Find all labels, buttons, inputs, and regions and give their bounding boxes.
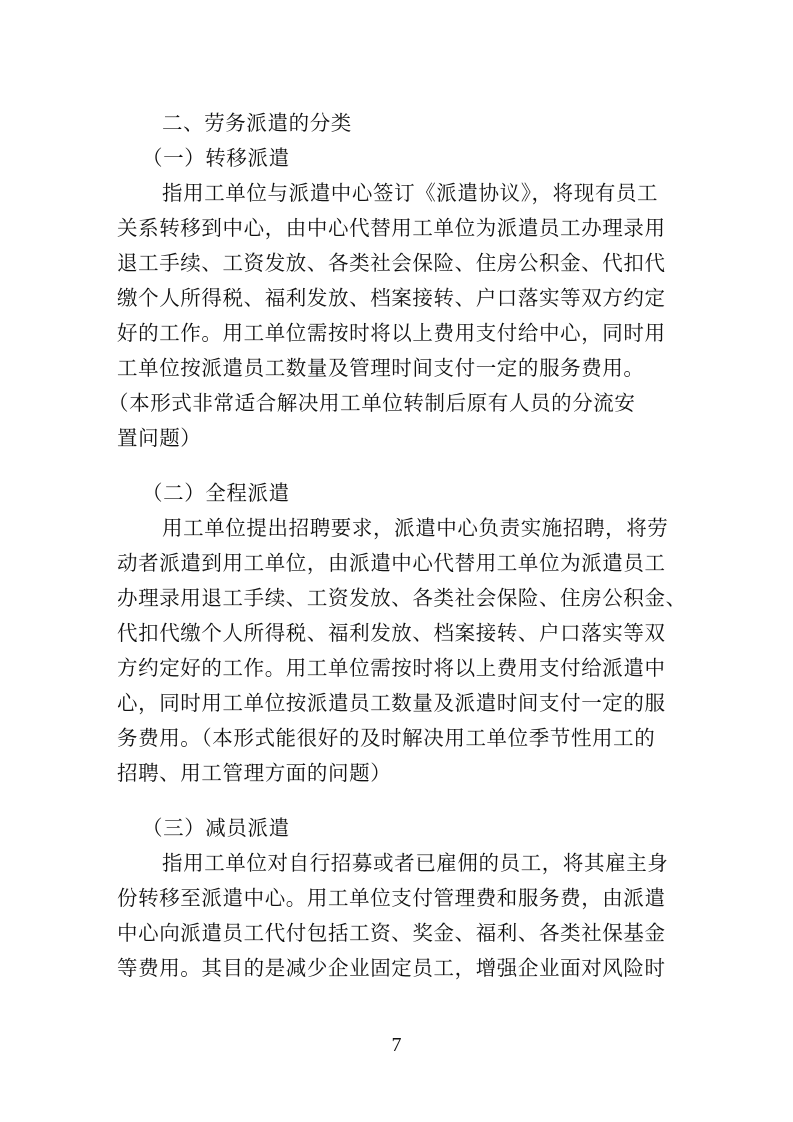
paragraph-line: 份转移至派遣中心。用工单位支付管理费和服务费，由派遣 [117, 886, 666, 910]
paragraph-line: 等费用。其目的是减少企业固定员工，增强企业面对风险时 [117, 956, 666, 980]
paragraph-line: 置问题） [117, 426, 201, 450]
paragraph-line: 代扣代缴个人所得税、福利发放、档案接转、户口落实等双 [117, 621, 666, 645]
paragraph-line: 退工手续、工资发放、各类社会保险、住房公积金、代扣代 [117, 251, 666, 275]
paragraph-line: 务费用。（本形式能很好的及时解决用工单位季节性用工的 [117, 726, 655, 750]
subsection-title: （二）全程派遣 [142, 481, 290, 505]
paragraph-line: 动者派遣到用工单位，由派遣中心代替用工单位为派遣员工 [117, 551, 666, 575]
paragraph-line: 缴个人所得税、福利发放、档案接转、户口落实等双方约定 [117, 286, 666, 310]
section-heading: 二、劳务派遣的分类 [162, 111, 352, 135]
paragraph-line: 关系转移到中心，由中心代替用工单位为派遣员工办理录用 [117, 216, 666, 240]
paragraph-line: 心，同时用工单位按派遣员工数量及派遣时间支付一定的服 [117, 691, 666, 715]
paragraph-line: 指用工单位对自行招募或者已雇佣的员工，将其雇主身 [162, 851, 668, 875]
paragraph-line: 招聘、用工管理方面的问题） [117, 761, 391, 785]
subsection-title: （三）减员派遣 [142, 816, 290, 840]
paragraph-line: 用工单位提出招聘要求，派遣中心负责实施招聘，将劳 [162, 516, 668, 540]
paragraph-line: （本形式非常适合解决用工单位转制后原有人员的分流安 [108, 391, 636, 415]
paragraph-line: 方约定好的工作。用工单位需按时将以上费用支付给派遣中 [117, 656, 666, 680]
paragraph-line: 好的工作。用工单位需按时将以上费用支付给中心，同时用 [117, 321, 666, 345]
paragraph-line: 中心向派遣员工代付包括工资、奖金、福利、各类社保基金 [117, 921, 666, 945]
paragraph-line: 办理录用退工手续、工资发放、各类社会保险、住房公积金、 [117, 586, 687, 610]
paragraph-line: 工单位按派遣员工数量及管理时间支付一定的服务费用。 [117, 356, 645, 380]
paragraph-line: 指用工单位与派遣中心签订《派遣协议》，将现有员工 [162, 181, 658, 205]
page-number: 7 [0, 1034, 793, 1057]
subsection-title: （一）转移派遣 [142, 146, 290, 170]
